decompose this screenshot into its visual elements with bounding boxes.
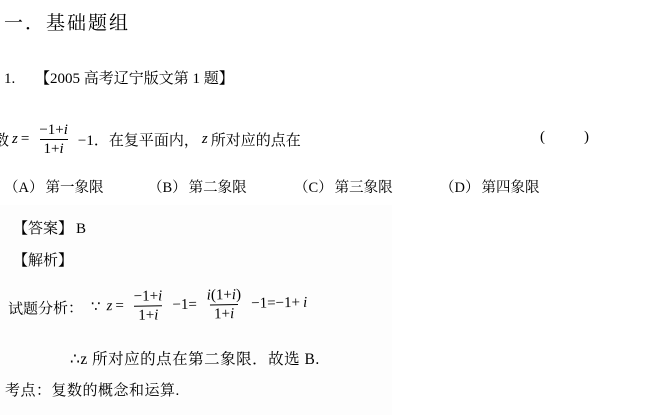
variable-z: z — [12, 131, 18, 148]
keypoint-line: 考点：复数的概念和运算. — [5, 379, 180, 400]
choice-b: （B）第二象限 — [148, 176, 247, 197]
choice-b-label: （B） — [148, 180, 187, 196]
choice-d-label: （D） — [440, 180, 479, 196]
denominator: 1+i — [40, 139, 68, 158]
conclusion-line: ∴z 所对应的点在第二象限．故选 B. — [70, 347, 320, 369]
equation-middle: −1= — [172, 296, 197, 313]
stem-after-fraction: −1．在复平面内， — [78, 129, 199, 150]
problem-source-line: 1. 【2005 高考辽宁版文第 1 题】 — [4, 67, 234, 88]
answer-line: 【答案】B — [13, 217, 87, 238]
answer-label: 【答案】 — [13, 221, 73, 237]
problem-stem: 数 z = −1+i 1+i −1．在复平面内， z 所对应的点在 — [0, 115, 301, 163]
denominator: 1+i — [134, 305, 162, 324]
choice-c-label: （C） — [294, 180, 333, 196]
because-symbol: ∵ — [91, 297, 101, 316]
fraction-1: −1+i 1+i — [130, 287, 167, 325]
answer-value: B — [76, 221, 87, 237]
numerator: −1+i — [130, 287, 167, 306]
fraction-2: i(1+i) 1+i — [203, 285, 246, 323]
stem-lead-text: 数 — [0, 129, 9, 150]
choice-c: （C）第三象限 — [294, 176, 393, 197]
document-page: 一．基础题组 1. 【2005 高考辽宁版文第 1 题】 数 z = −1+i … — [0, 0, 656, 415]
variable-z: z — [202, 131, 208, 148]
choice-c-text: 第三象限 — [335, 180, 393, 196]
choice-b-text: 第二象限 — [189, 180, 247, 196]
variable-i: i — [303, 294, 307, 311]
stem-suffix: 所对应的点在 — [211, 129, 301, 150]
variable-z: z — [106, 298, 112, 315]
analysis-prefix: 试题分析： — [8, 296, 83, 318]
analysis-equation: 试题分析： ∵ z = −1+i 1+i −1= i(1+i) 1+i −1=−… — [8, 279, 308, 332]
equals-sign: = — [115, 297, 124, 314]
choice-d-text: 第四象限 — [481, 180, 539, 196]
problem-number: 1. — [4, 71, 15, 88]
choice-a-text: 第一象限 — [45, 180, 103, 196]
analysis-label: 【解析】 — [13, 249, 73, 270]
choice-d: （D）第四象限 — [440, 176, 539, 197]
numerator: i(1+i) — [203, 285, 246, 304]
equals-sign: = — [21, 131, 29, 148]
problem-source: 【2005 高考辽宁版文第 1 题】 — [35, 71, 234, 87]
choice-a: （A）第一象限 — [4, 176, 103, 197]
fraction: −1+i 1+i — [35, 121, 72, 158]
answer-blank-parens: ( ) — [540, 129, 590, 146]
equation-tail: −1=−1+ — [251, 294, 300, 312]
denominator: 1+i — [210, 303, 238, 322]
choice-a-label: （A） — [4, 180, 43, 196]
numerator: −1+i — [35, 121, 72, 139]
section-heading: 一．基础题组 — [4, 8, 130, 35]
